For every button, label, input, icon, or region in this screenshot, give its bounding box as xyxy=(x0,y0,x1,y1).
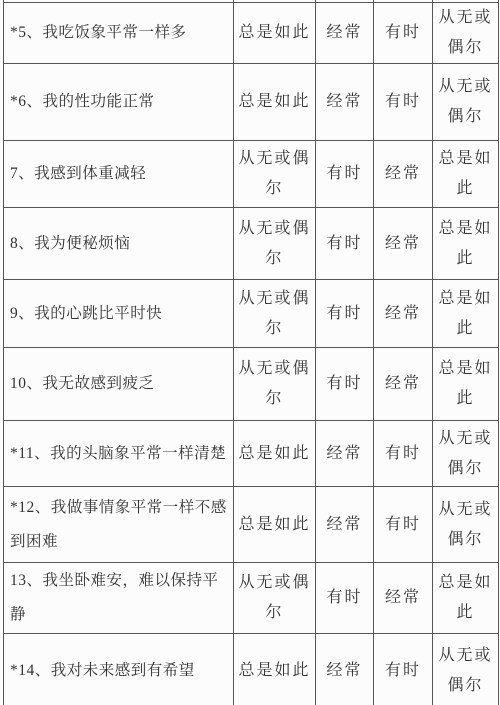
question-cell: *11、我的头脑象平常一样清楚 xyxy=(4,421,234,487)
option-cell: 总是如此 xyxy=(433,141,499,208)
option-cell: 从无或偶尔 xyxy=(234,141,316,208)
question-cell: *6、我的性功能正常 xyxy=(4,64,234,141)
option-cell: 经常 xyxy=(316,3,374,64)
option-cell: 有时 xyxy=(316,280,374,348)
option-cell: 从无或偶尔 xyxy=(234,348,316,421)
option-cell: 有时 xyxy=(316,563,374,634)
question-cell: *5、我吃饭象平常一样多 xyxy=(4,3,234,64)
option-cell: 从无或偶尔 xyxy=(234,208,316,280)
option-cell: 有时 xyxy=(316,208,374,280)
question-cell: 8、我为便秘烦恼 xyxy=(4,208,234,280)
option-cell: 有时 xyxy=(374,421,433,487)
table-row: 10、我无故感到疲乏 从无或偶尔 有时 经常 总是如此 xyxy=(4,348,499,421)
table-row: *12、我做事情象平常一样不感到困难 总是如此 经常 有时 从无或偶尔 xyxy=(4,487,499,563)
option-cell: 总是如此 xyxy=(433,563,499,634)
option-cell: 经常 xyxy=(316,64,374,141)
option-cell: 总是如此 xyxy=(433,280,499,348)
option-cell: 经常 xyxy=(374,280,433,348)
questionnaire-table: *5、我吃饭象平常一样多 总是如此 经常 有时 从无或偶尔 *6、我的性功能正常… xyxy=(3,0,499,705)
option-cell: 有时 xyxy=(374,487,433,563)
table-row: *11、我的头脑象平常一样清楚 总是如此 经常 有时 从无或偶尔 xyxy=(4,421,499,487)
table-row: 13、我坐卧难安，难以保持平静 从无或偶尔 有时 经常 总是如此 xyxy=(4,563,499,634)
option-cell: 经常 xyxy=(374,141,433,208)
option-cell: 有时 xyxy=(374,64,433,141)
option-cell: 总是如此 xyxy=(234,634,316,705)
option-cell: 从无或偶尔 xyxy=(234,563,316,634)
question-cell: *14、我对未来感到有希望 xyxy=(4,634,234,705)
option-cell: 有时 xyxy=(374,3,433,64)
option-cell: 从无或偶尔 xyxy=(433,64,499,141)
option-cell: 从无或偶尔 xyxy=(433,634,499,705)
table-row: 9、我的心跳比平时快 从无或偶尔 有时 经常 总是如此 xyxy=(4,280,499,348)
option-cell: 总是如此 xyxy=(234,421,316,487)
option-cell: 总是如此 xyxy=(433,348,499,421)
option-cell: 经常 xyxy=(316,421,374,487)
option-cell: 总是如此 xyxy=(433,208,499,280)
option-cell: 从无或偶尔 xyxy=(234,280,316,348)
option-cell: 经常 xyxy=(374,208,433,280)
option-cell: 有时 xyxy=(316,348,374,421)
option-cell: 经常 xyxy=(374,563,433,634)
option-cell: 从无或偶尔 xyxy=(433,487,499,563)
option-cell: 总是如此 xyxy=(234,64,316,141)
table-row: 7、我感到体重减轻 从无或偶尔 有时 经常 总是如此 xyxy=(4,141,499,208)
option-cell: 经常 xyxy=(316,634,374,705)
option-cell: 从无或偶尔 xyxy=(433,421,499,487)
question-cell: 13、我坐卧难安，难以保持平静 xyxy=(4,563,234,634)
option-cell: 经常 xyxy=(374,348,433,421)
option-cell: 有时 xyxy=(316,141,374,208)
option-cell: 总是如此 xyxy=(234,3,316,64)
table-row: *5、我吃饭象平常一样多 总是如此 经常 有时 从无或偶尔 xyxy=(4,3,499,64)
question-cell: 9、我的心跳比平时快 xyxy=(4,280,234,348)
option-cell: 经常 xyxy=(316,487,374,563)
question-cell: 10、我无故感到疲乏 xyxy=(4,348,234,421)
question-cell: 7、我感到体重减轻 xyxy=(4,141,234,208)
table-row: 8、我为便秘烦恼 从无或偶尔 有时 经常 总是如此 xyxy=(4,208,499,280)
option-cell: 有时 xyxy=(374,634,433,705)
question-cell: *12、我做事情象平常一样不感到困难 xyxy=(4,487,234,563)
option-cell: 总是如此 xyxy=(234,487,316,563)
table-row: *6、我的性功能正常 总是如此 经常 有时 从无或偶尔 xyxy=(4,64,499,141)
option-cell: 从无或偶尔 xyxy=(433,3,499,64)
table-row: *14、我对未来感到有希望 总是如此 经常 有时 从无或偶尔 xyxy=(4,634,499,705)
